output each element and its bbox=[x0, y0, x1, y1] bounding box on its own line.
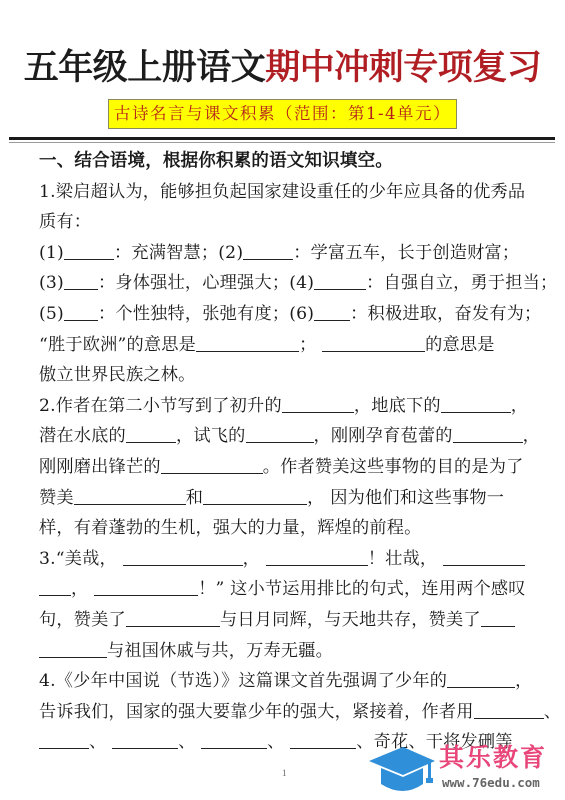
q2-line1: 2.作者在第二小节写到了初升的，地底下的， bbox=[39, 391, 529, 422]
divider-thin bbox=[9, 142, 555, 143]
text: ！壮哉， bbox=[368, 549, 438, 569]
text: 与日月同辉，与天地共存，赞美了 bbox=[220, 610, 481, 630]
watermark-url: www.76edu.com bbox=[442, 775, 540, 791]
text: ：自强自立，勇于担当； bbox=[366, 273, 557, 293]
text: ，刚刚孕育苞蕾的 bbox=[314, 426, 453, 446]
worksheet-content: 一、结合语境，根据你积累的语文知识填空。 1.梁启超认为，能够担负起国家建设重任… bbox=[39, 146, 529, 758]
text: 、 bbox=[544, 702, 561, 722]
text: ：充满智慧；(2) bbox=[114, 243, 243, 263]
text: ！” 这小节运用排比的句式，连用两个感叹 bbox=[198, 579, 526, 599]
fill-blank[interactable] bbox=[64, 242, 114, 260]
q3-line3: 句，赞美了与日月同辉，与天地共存，赞美了 bbox=[39, 605, 529, 636]
fill-blank[interactable] bbox=[282, 395, 354, 413]
text: 的意思是 bbox=[425, 335, 495, 355]
q1-line4: (3)：身体强壮，心理强大；(4)：自强自立，勇于担当； bbox=[39, 268, 529, 299]
text: (3) bbox=[39, 273, 64, 293]
q1-line5: (5)：个性独特，张弛有度；(6)：积极进取，奋发有为； bbox=[39, 299, 529, 330]
fill-blank[interactable] bbox=[314, 303, 350, 321]
text: 、 bbox=[267, 732, 284, 752]
q4-line2: 告诉我们，国家的强大要靠少年的强大，紧接着，作者用、 bbox=[39, 697, 529, 728]
fill-blank[interactable] bbox=[126, 425, 176, 443]
text: ，地底下的 bbox=[354, 396, 441, 416]
q2-line3: 刚刚磨出锋芒的。作者赞美这些事物的目的是为了 bbox=[39, 452, 529, 483]
text: ， 因为他们和这些事物一 bbox=[307, 488, 504, 508]
fill-blank[interactable] bbox=[39, 578, 71, 596]
subtitle-container: 古诗名言与课文积累（范围：第1-4单元） bbox=[0, 99, 565, 129]
section-heading: 一、结合语境，根据你积累的语文知识填空。 bbox=[39, 146, 529, 177]
divider-thick bbox=[9, 137, 555, 140]
text: (1) bbox=[39, 243, 64, 263]
fill-blank[interactable] bbox=[453, 425, 523, 443]
fill-blank[interactable] bbox=[203, 487, 307, 505]
text: ； bbox=[299, 335, 316, 355]
fill-blank[interactable] bbox=[443, 548, 525, 566]
text: ， bbox=[71, 579, 88, 599]
q3-line2: ， ！” 这小节运用排比的句式，连用两个感叹 bbox=[39, 574, 529, 605]
q1-line1: 1.梁启超认为，能够担负起国家建设重任的少年应具备的优秀品 bbox=[39, 177, 529, 208]
title-red-part: 期中冲刺专项复习 bbox=[265, 47, 541, 88]
fill-blank[interactable] bbox=[246, 425, 314, 443]
page-title: 五年级上册语文期中冲刺专项复习 bbox=[0, 44, 565, 92]
fill-blank[interactable] bbox=[161, 456, 263, 474]
text: ， bbox=[515, 671, 532, 691]
text: ：积极进取，奋发有为； bbox=[350, 304, 541, 324]
fill-blank[interactable] bbox=[64, 303, 98, 321]
document-page: 五年级上册语文期中冲刺专项复习 古诗名言与课文积累（范围：第1-4单元） 一、结… bbox=[0, 0, 565, 800]
fill-blank[interactable] bbox=[243, 242, 293, 260]
q3-line1: 3.“美哉， ， ！壮哉， bbox=[39, 544, 529, 575]
q2-line2: 潜在水底的，试飞的，刚刚孕育苞蕾的， bbox=[39, 421, 529, 452]
text: “胜于欧洲”的意思是 bbox=[39, 335, 196, 355]
text: 、 bbox=[178, 732, 195, 752]
fill-blank[interactable] bbox=[447, 670, 515, 688]
fill-blank[interactable] bbox=[322, 334, 425, 352]
text: ， bbox=[243, 549, 260, 569]
fill-blank[interactable] bbox=[266, 548, 368, 566]
fill-blank[interactable] bbox=[39, 731, 89, 749]
graduation-cap-icon bbox=[367, 744, 437, 796]
fill-blank[interactable] bbox=[441, 395, 511, 413]
text: 潜在水底的 bbox=[39, 426, 126, 446]
text: 。作者赞美这些事物的目的是为了 bbox=[263, 457, 524, 477]
text: ，试飞的 bbox=[176, 426, 246, 446]
text: (5) bbox=[39, 304, 64, 324]
q1-line6: “胜于欧洲”的意思是； 的意思是 bbox=[39, 330, 529, 361]
q2-line4: 赞美和， 因为他们和这些事物一 bbox=[39, 483, 529, 514]
text: ， bbox=[523, 426, 540, 446]
text: 刚刚磨出锋芒的 bbox=[39, 457, 161, 477]
title-black-part: 五年级上册语文 bbox=[24, 47, 266, 88]
watermark-logo: 其乐教育 www.76edu.com bbox=[365, 742, 565, 800]
fill-blank[interactable] bbox=[196, 334, 299, 352]
q1-line2: 质有： bbox=[39, 207, 529, 238]
text: 与祖国休戚与共，万寿无疆。 bbox=[107, 641, 333, 661]
text: 赞美 bbox=[39, 488, 74, 508]
subtitle-banner: 古诗名言与课文积累（范围：第1-4单元） bbox=[108, 99, 457, 129]
text: 、 bbox=[89, 732, 106, 752]
fill-blank[interactable] bbox=[201, 731, 267, 749]
text: 2.作者在第二小节写到了初升的 bbox=[39, 396, 282, 416]
q2-line5: 样，有着蓬勃的生机，强大的力量，辉煌的前程。 bbox=[39, 513, 529, 544]
fill-blank[interactable] bbox=[314, 272, 366, 290]
fill-blank[interactable] bbox=[74, 487, 186, 505]
watermark-brand-name: 其乐教育 bbox=[439, 742, 547, 774]
text: 3.“美哉， bbox=[39, 549, 117, 569]
fill-blank[interactable] bbox=[481, 609, 515, 627]
text: 告诉我们，国家的强大要靠少年的强大，紧接着，作者用 bbox=[39, 702, 474, 722]
q4-line1: 4.《少年中国说（节选）》这篇课文首先强调了少年的， bbox=[39, 666, 529, 697]
fill-blank[interactable] bbox=[94, 578, 198, 596]
text: ， bbox=[511, 396, 528, 416]
fill-blank[interactable] bbox=[112, 731, 178, 749]
q1-line7: 傲立世界民族之林。 bbox=[39, 360, 529, 391]
text: 4.《少年中国说（节选）》这篇课文首先强调了少年的 bbox=[39, 671, 447, 691]
text: 和 bbox=[186, 488, 203, 508]
page-number: 1 bbox=[282, 768, 287, 778]
fill-blank[interactable] bbox=[126, 609, 220, 627]
text: ：学富五车，长于创造财富； bbox=[293, 243, 519, 263]
fill-blank[interactable] bbox=[290, 731, 356, 749]
fill-blank[interactable] bbox=[123, 548, 243, 566]
q1-line3: (1)：充满智慧；(2)：学富五车，长于创造财富； bbox=[39, 238, 529, 269]
text: 句，赞美了 bbox=[39, 610, 126, 630]
fill-blank[interactable] bbox=[64, 272, 98, 290]
q3-line4: 与祖国休戚与共，万寿无疆。 bbox=[39, 636, 529, 667]
text: ：身体强壮，心理强大；(4) bbox=[98, 273, 314, 293]
text: ：个性独特，张弛有度；(6) bbox=[98, 304, 314, 324]
fill-blank[interactable] bbox=[474, 701, 544, 719]
fill-blank[interactable] bbox=[39, 640, 107, 658]
